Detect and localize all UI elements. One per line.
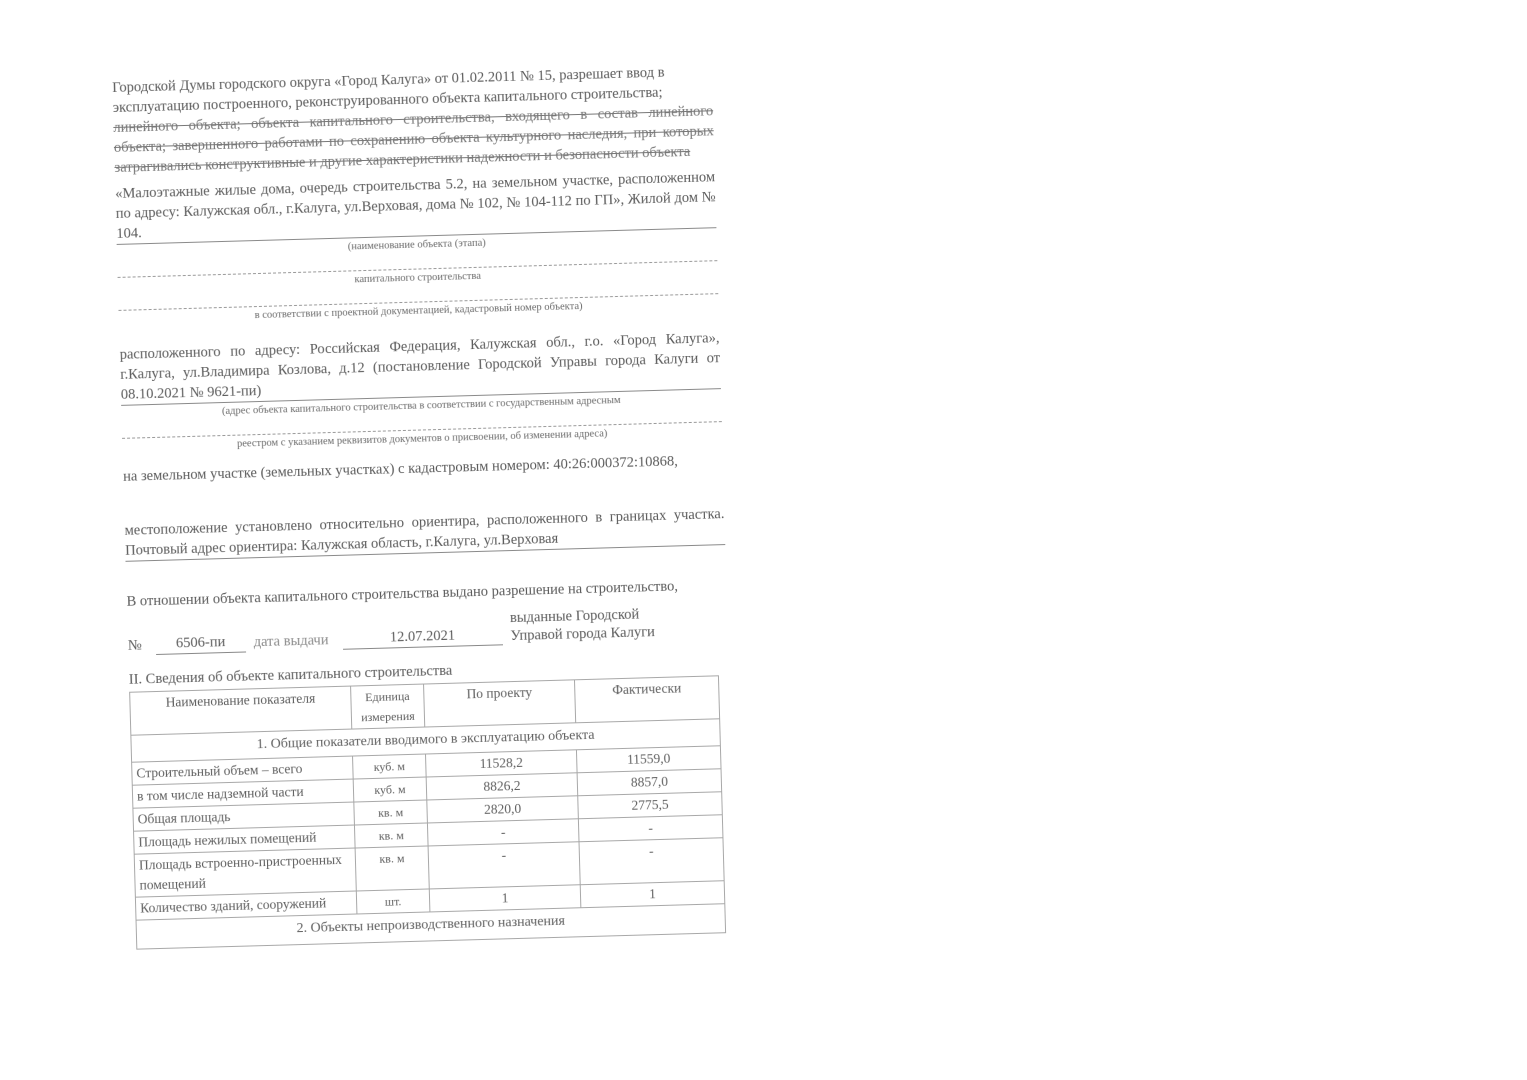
scanned-document-page: Городской Думы городского округа «Город … xyxy=(112,61,736,949)
cell-unit: кв. м xyxy=(355,846,429,891)
cell-project: - xyxy=(428,842,580,889)
object-indicators-table: Наименование показателя Единица измерени… xyxy=(129,675,726,949)
permit-date: 12.07.2021 xyxy=(342,624,503,649)
cell-indicator-name: Площадь встроенно-пристроенных помещений xyxy=(134,848,356,897)
table-body: Строительный объем – всегокуб. м11528,21… xyxy=(132,746,725,920)
permit-issuer: выданные Городской Управой города Калуги xyxy=(510,605,671,645)
cell-unit: куб. м xyxy=(353,754,427,779)
permit-number-label: № xyxy=(128,635,142,655)
header-actual: Фактически xyxy=(574,676,719,723)
cell-unit: куб. м xyxy=(353,777,427,802)
permit-number: 6506-пи xyxy=(155,631,246,655)
cell-unit: шт. xyxy=(356,889,430,914)
cell-unit: кв. м xyxy=(354,823,428,848)
cell-unit: кв. м xyxy=(354,800,428,825)
header-indicator-name: Наименование показателя xyxy=(130,686,352,735)
cell-actual: - xyxy=(579,838,724,885)
permit-date-label: дата выдачи xyxy=(253,630,328,652)
header-project: По проекту xyxy=(424,680,576,727)
header-unit: Единица измерения xyxy=(351,684,425,729)
